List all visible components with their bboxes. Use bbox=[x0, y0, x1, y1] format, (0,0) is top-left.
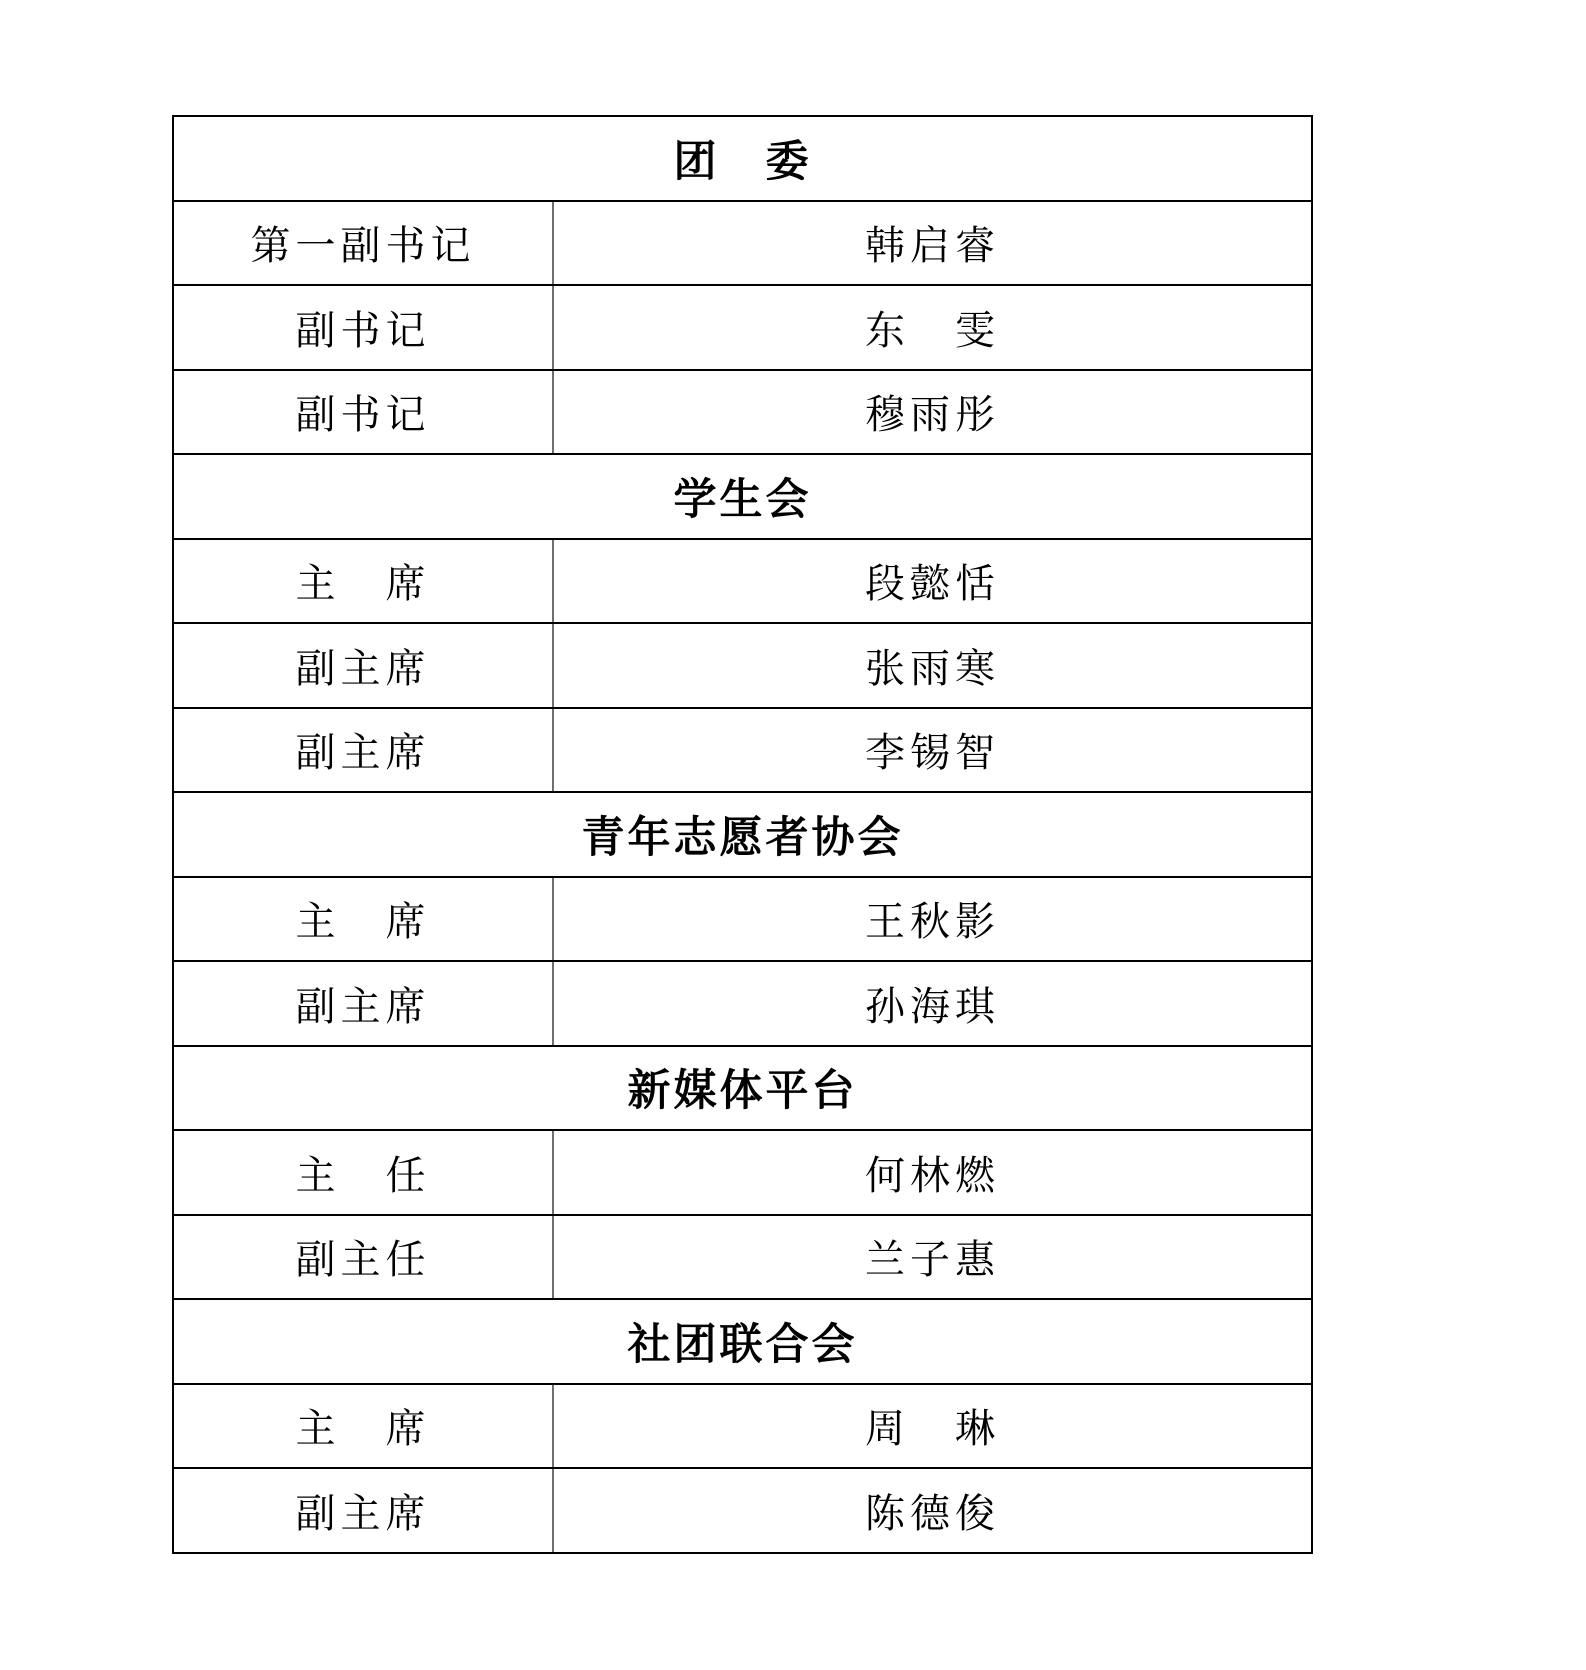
section-header: 社团联合会 bbox=[173, 1299, 1312, 1384]
position-cell: 副主任 bbox=[173, 1215, 553, 1300]
position-cell: 副书记 bbox=[173, 370, 553, 455]
section-header-row: 新媒体平台 bbox=[173, 1046, 1312, 1131]
document-page: 团 委第一副书记韩启睿副书记东 雯副书记穆雨彤学生会主 席段懿恬副主席张雨寒副主… bbox=[0, 0, 1586, 1670]
table-row: 主 席段懿恬 bbox=[173, 539, 1312, 624]
name-cell: 王秋影 bbox=[553, 877, 1312, 962]
name-cell: 兰子惠 bbox=[553, 1215, 1312, 1300]
name-cell: 穆雨彤 bbox=[553, 370, 1312, 455]
table-row: 副主席李锡智 bbox=[173, 708, 1312, 793]
table-row: 副书记穆雨彤 bbox=[173, 370, 1312, 455]
roster-table: 团 委第一副书记韩启睿副书记东 雯副书记穆雨彤学生会主 席段懿恬副主席张雨寒副主… bbox=[172, 115, 1313, 1554]
table-row: 第一副书记韩启睿 bbox=[173, 201, 1312, 286]
name-cell: 何林燃 bbox=[553, 1130, 1312, 1215]
section-header-row: 团 委 bbox=[173, 116, 1312, 201]
table-row: 副主任兰子惠 bbox=[173, 1215, 1312, 1300]
section-header-row: 社团联合会 bbox=[173, 1299, 1312, 1384]
position-cell: 主 席 bbox=[173, 877, 553, 962]
name-cell: 张雨寒 bbox=[553, 623, 1312, 708]
name-cell: 韩启睿 bbox=[553, 201, 1312, 286]
name-cell: 孙海琪 bbox=[553, 961, 1312, 1046]
position-cell: 主 席 bbox=[173, 1384, 553, 1469]
position-cell: 主 任 bbox=[173, 1130, 553, 1215]
position-cell: 副主席 bbox=[173, 708, 553, 793]
position-cell: 第一副书记 bbox=[173, 201, 553, 286]
section-header-row: 青年志愿者协会 bbox=[173, 792, 1312, 877]
name-cell: 陈德俊 bbox=[553, 1468, 1312, 1553]
section-header: 青年志愿者协会 bbox=[173, 792, 1312, 877]
table-row: 副主席陈德俊 bbox=[173, 1468, 1312, 1553]
table-row: 副主席孙海琪 bbox=[173, 961, 1312, 1046]
table-row: 副主席张雨寒 bbox=[173, 623, 1312, 708]
name-cell: 东 雯 bbox=[553, 285, 1312, 370]
table-row: 主 席王秋影 bbox=[173, 877, 1312, 962]
position-cell: 副主席 bbox=[173, 1468, 553, 1553]
section-header-row: 学生会 bbox=[173, 454, 1312, 539]
table-row: 副书记东 雯 bbox=[173, 285, 1312, 370]
name-cell: 周 琳 bbox=[553, 1384, 1312, 1469]
name-cell: 段懿恬 bbox=[553, 539, 1312, 624]
position-cell: 主 席 bbox=[173, 539, 553, 624]
position-cell: 副主席 bbox=[173, 623, 553, 708]
roster-table-body: 团 委第一副书记韩启睿副书记东 雯副书记穆雨彤学生会主 席段懿恬副主席张雨寒副主… bbox=[173, 116, 1312, 1553]
name-cell: 李锡智 bbox=[553, 708, 1312, 793]
section-header: 团 委 bbox=[173, 116, 1312, 201]
section-header: 新媒体平台 bbox=[173, 1046, 1312, 1131]
position-cell: 副主席 bbox=[173, 961, 553, 1046]
table-row: 主 席周 琳 bbox=[173, 1384, 1312, 1469]
table-row: 主 任何林燃 bbox=[173, 1130, 1312, 1215]
position-cell: 副书记 bbox=[173, 285, 553, 370]
section-header: 学生会 bbox=[173, 454, 1312, 539]
